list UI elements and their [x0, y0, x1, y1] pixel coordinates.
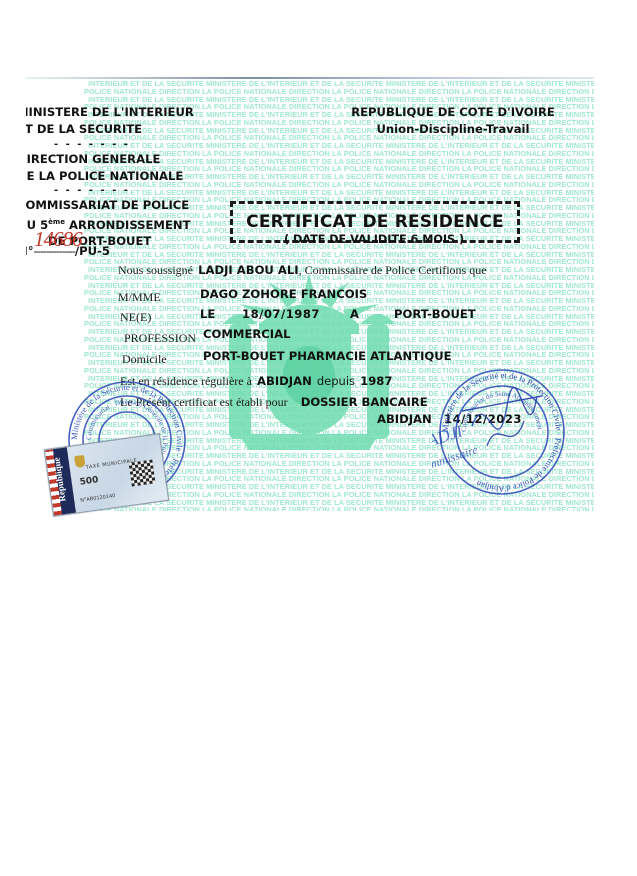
certificate-title: CERTIFICAT DE RESIDENCE — [246, 212, 504, 232]
fiscal-stamp-amount: 500 — [79, 475, 99, 488]
ministry-line-2: ET DE LA SECURITE — [26, 121, 194, 138]
residence-year: 1987 — [360, 374, 392, 388]
birth-date: 18/07/1987 — [242, 307, 320, 321]
profession-value: COMMERCIAL — [203, 327, 290, 341]
republic-header: REPUBLIQUE DE COTE D'IVOIRE Union-Discip… — [348, 104, 558, 137]
fiscal-stamp-serial: N°AB0120140 — [80, 493, 116, 504]
holder-name: DAGO ZOHORE FRANCOIS — [200, 287, 367, 301]
born-label: NE(E) — [120, 310, 151, 325]
police-stamp-right: Ministère de la Sécurité et de la Protec… — [432, 366, 572, 498]
purpose-value: DOSSIER BANCAIRE — [301, 395, 428, 409]
residence-city: ABIDJAN — [257, 374, 312, 388]
signatory-line: Nous soussigné LADJI ABOU ALI, Commissai… — [118, 259, 487, 278]
handwritten-number: 14686 — [34, 227, 82, 252]
domicile-value: PORT-BOUET PHARMACIE ATLANTIQUE — [203, 349, 452, 363]
qr-code-icon — [129, 459, 156, 486]
signatory-name: LADJI ABOU ALI — [198, 263, 298, 277]
birth-place: PORT-BOUET — [394, 307, 476, 321]
domicile-label: Domicile — [122, 352, 167, 367]
name-label: M/MME — [118, 290, 161, 305]
issue-place: ABIDJAN — [377, 412, 432, 426]
header-separator: - - - - - - - — [54, 185, 130, 196]
ministry-line-1: MINISTERE DE L'INTERIEUR — [26, 104, 194, 121]
crest-icon — [74, 455, 86, 468]
republic-name: REPUBLIQUE DE COTE D'IVOIRE — [348, 104, 558, 121]
ministry-header: MINISTERE DE L'INTERIEUR ET DE LA SECURI… — [26, 104, 194, 137]
direction-header: DIRECTION GENERALE DE LA POLICE NATIONAL… — [26, 151, 183, 184]
direction-line-2: DE LA POLICE NATIONALE — [26, 168, 183, 185]
direction-line-1: DIRECTION GENERALE — [26, 151, 183, 168]
republic-motto: Union-Discipline-Travail — [348, 121, 558, 138]
header-separator: - - - - - - - — [54, 139, 130, 150]
validity-note: ( DATE DE VALIDITE 6 MOIS ) — [284, 233, 464, 246]
commissariat-line-1: COMMISSARIAT DE POLICE — [26, 197, 190, 214]
profession-label: PROFESSION — [124, 331, 196, 346]
